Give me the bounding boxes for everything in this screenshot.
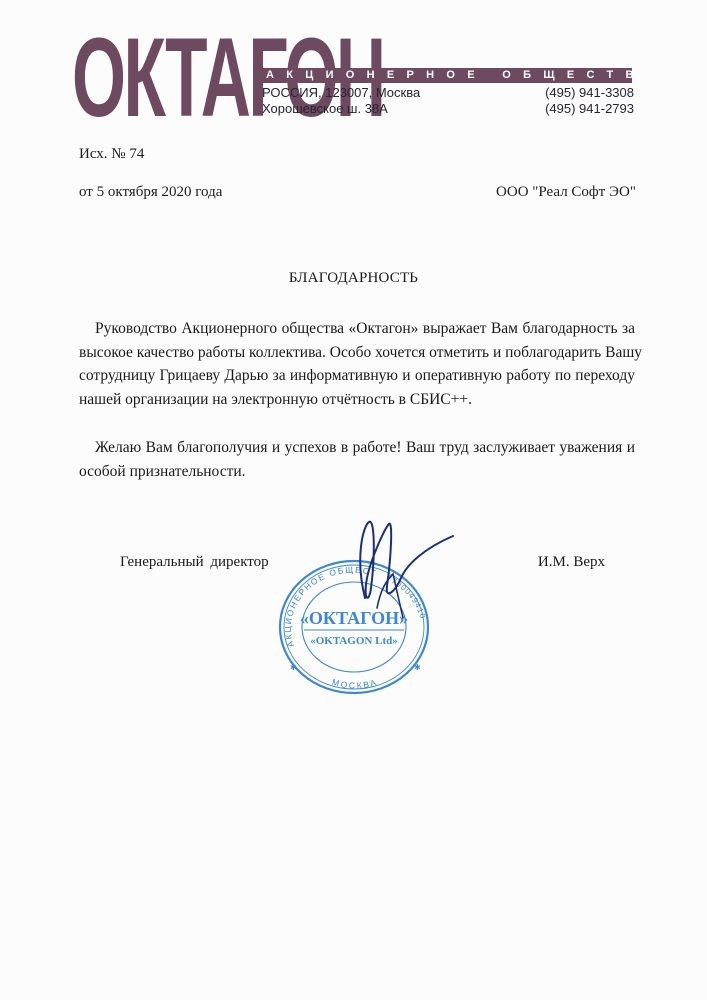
signatory-name: И.М. Верх: [538, 554, 605, 571]
company-type-banner: АКЦИОНЕРНОЕ ОБЩЕСТВО: [262, 68, 632, 83]
letter-date: от 5 октября 2020 года: [79, 184, 222, 201]
paragraph-line: особой признательности.: [79, 460, 635, 484]
paragraph-line: нашей организации на электронную отчётно…: [79, 388, 635, 412]
svg-text:✱: ✱: [414, 663, 421, 672]
letter-page: ОКТАГОН АКЦИОНЕРНОЕ ОБЩЕСТВО РОССИЯ, 123…: [0, 0, 707, 1000]
handwritten-signature-icon: [345, 518, 455, 628]
phone-number-1: (495) 941-3308: [545, 85, 634, 100]
svg-text:МОСКВА: МОСКВА: [331, 677, 379, 691]
outgoing-number: Исх. № 74: [79, 146, 144, 163]
paragraph-line: высокое качество работы коллектива. Особ…: [79, 341, 635, 365]
paragraph-wishes: Желаю Вам благополучия и успехов в работ…: [79, 436, 635, 483]
address-line-1: РОССИЯ, 123007, Москва: [262, 85, 420, 100]
paragraph-line: Желаю Вам благополучия и успехов в работ…: [79, 436, 635, 460]
phone-number-2: (495) 941-2793: [545, 101, 634, 116]
company-type-text: АКЦИОНЕРНОЕ ОБЩЕСТВО: [266, 68, 632, 83]
svg-text:«OKTAGON Ltd»: «OKTAGON Ltd»: [310, 635, 398, 647]
recipient: ООО "Реал Софт ЭО": [496, 184, 636, 201]
paragraph-gratitude: Руководство Акционерного общества «Октаг…: [79, 317, 635, 411]
signatory-position: Генеральный директор: [120, 554, 269, 571]
svg-text:✱: ✱: [290, 663, 297, 672]
paragraph-line: Руководство Акционерного общества «Октаг…: [79, 317, 635, 341]
letter-title: БЛАГОДАРНОСТЬ: [0, 270, 707, 287]
paragraph-line: сотрудницу Грицаеву Дарью за информативн…: [79, 364, 635, 388]
address-line-2: Хорошевское ш. 38А: [262, 101, 388, 116]
